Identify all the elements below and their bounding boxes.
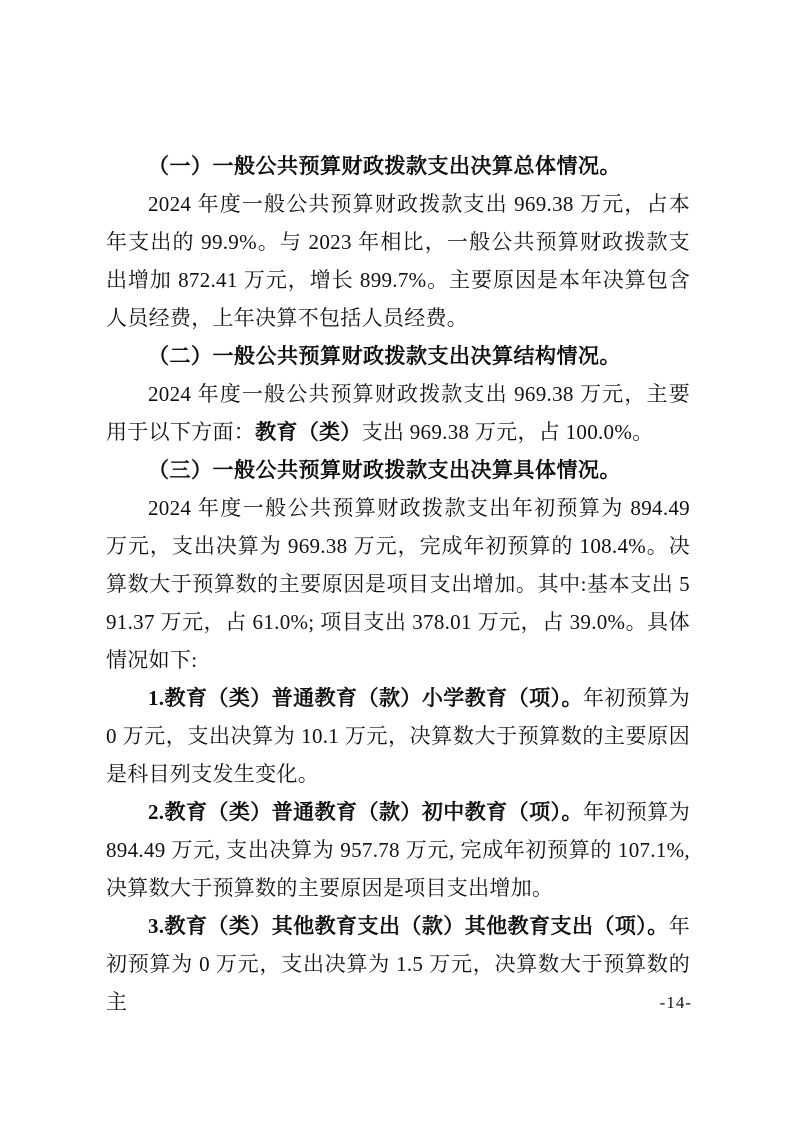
text-run: 2024 年度一般公共预算财政拨款支出 969.38 万元，占本年支出的 99.… [106,192,690,330]
body-paragraph: 1.教育（类）普通教育（款）小学教育（项）。年初预算为 0 万元，支出决算为 1… [106,679,690,793]
emphasis-text: 1.教育（类）普通教育（款）小学教育（项）。 [148,686,583,710]
emphasis-text: （一）一般公共预算财政拨款支出决算总体情况。 [148,154,621,178]
body-paragraph: 3.教育（类）其他教育支出（款）其他教育支出（项）。年初预算为 0 万元，支出决… [106,907,690,1021]
body-paragraph: 2.教育（类）普通教育（款）初中教育（项）。年初预算为 894.49 万元, 支… [106,793,690,907]
document-page: （一）一般公共预算财政拨款支出决算总体情况。2024 年度一般公共预算财政拨款支… [0,0,793,1122]
body-paragraph: 2024 年度一般公共预算财政拨款支出 969.38 万元，主要用于以下方面：教… [106,375,690,451]
text-run: 2024 年度一般公共预算财政拨款支出年初预算为 894.49 万元，支出决算为… [106,496,690,672]
section-heading: （一）一般公共预算财政拨款支出决算总体情况。 [106,147,690,185]
section-heading: （二）一般公共预算财政拨款支出决算结构情况。 [106,337,690,375]
emphasis-text: 教育（类） [255,420,362,444]
text-run: 支出 969.38 万元，占 100.0%。 [362,420,654,444]
emphasis-text: 3.教育（类）其他教育支出（款）其他教育支出（项）。 [148,914,669,938]
emphasis-text: 2.教育（类）普通教育（款）初中教育（项）。 [148,800,583,824]
section-heading: （三）一般公共预算财政拨款支出决算具体情况。 [106,451,690,489]
document-body: （一）一般公共预算财政拨款支出决算总体情况。2024 年度一般公共预算财政拨款支… [106,147,690,1021]
emphasis-text: （三）一般公共预算财政拨款支出决算具体情况。 [148,458,621,482]
emphasis-text: （二）一般公共预算财政拨款支出决算结构情况。 [148,344,621,368]
body-paragraph: 2024 年度一般公共预算财政拨款支出年初预算为 894.49 万元，支出决算为… [106,489,690,679]
page-number: -14- [660,993,692,1013]
body-paragraph: 2024 年度一般公共预算财政拨款支出 969.38 万元，占本年支出的 99.… [106,185,690,337]
